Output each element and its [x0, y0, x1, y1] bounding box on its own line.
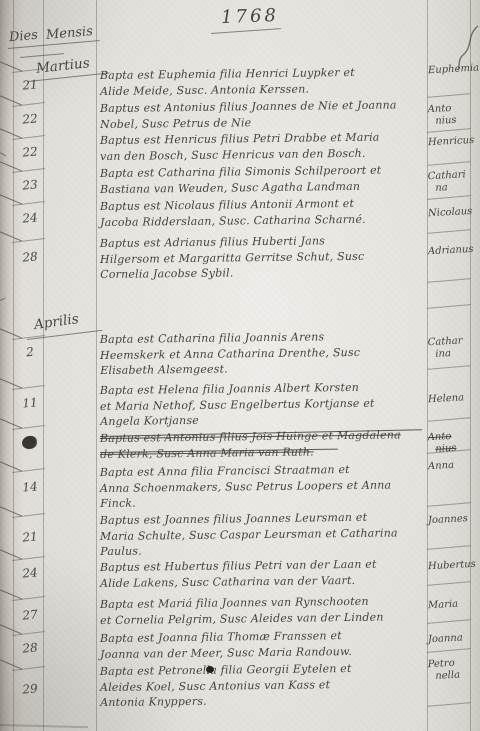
entry-day: 28 — [15, 249, 44, 265]
margin-name: Anna — [428, 459, 477, 473]
margin-name: Henricus — [428, 135, 477, 149]
margin-name-line: Maria — [428, 598, 477, 612]
entry-day: 22 — [15, 111, 44, 127]
margin-name: Cathari na — [427, 169, 476, 194]
margin-name: Petro nella — [427, 657, 476, 682]
entry-day: 27 — [15, 607, 44, 623]
tick-mark — [0, 160, 22, 171]
year-underline — [211, 28, 281, 34]
entry-text-line: Antonia Knyppers. — [100, 691, 434, 711]
entry-day: 21 — [15, 529, 44, 545]
tick-mark — [0, 588, 22, 599]
tick-mark — [0, 193, 22, 204]
register-entry: Baptus est Joannes filius Joannes Leursm… — [100, 509, 435, 560]
register-entry: Bapta est Petronella filia Georgii Eytel… — [100, 660, 435, 711]
entry-text-line: Elisabeth Alsemgeest. — [100, 359, 434, 379]
margin-name-line: Joannes — [428, 513, 477, 527]
tick-mark — [0, 460, 22, 471]
register-entry: Baptus est Antonius filius Joannes de Ni… — [100, 97, 434, 132]
margin-name: Maria — [428, 598, 477, 612]
tick-mark — [0, 658, 22, 669]
margin-separator — [427, 278, 471, 283]
margin-name: Joannes — [428, 513, 477, 527]
tick-mark — [0, 230, 22, 241]
entry-day: 24 — [15, 210, 44, 226]
tick-mark — [0, 548, 22, 559]
entry-day: 23 — [15, 177, 44, 193]
ink-blot — [206, 666, 214, 673]
margin-separator — [427, 304, 471, 309]
year-heading: 1768 — [205, 4, 296, 28]
column-rule-day-month — [43, 0, 44, 731]
register-entry: Bapta est Mariá filia Joannes van Rynsch… — [100, 593, 434, 628]
margin-name-struck: Anto nius — [427, 430, 476, 455]
register-entry: Baptus est Adrianus filius Huberti Jans … — [100, 232, 435, 283]
register-entry: Baptus est Nicolaus filius Antonii Armon… — [100, 195, 434, 230]
entry-day: 28 — [15, 640, 44, 656]
margin-name-line: Joanna — [428, 632, 477, 646]
margin-name-line: Henricus — [428, 135, 477, 149]
entry-day: 11 — [15, 395, 44, 411]
month-label-aprilis: Aprilis — [33, 311, 80, 333]
tick-mark — [0, 327, 22, 338]
margin-name-line: Adrianus — [428, 244, 477, 258]
register-entry: Bapta est Anna filia Francisci Straatman… — [100, 461, 435, 512]
margin-name: Cathar ina — [427, 335, 476, 360]
register-entry: Bapta est Catharina filia Simonis Schilp… — [100, 162, 434, 197]
day-column-header: Dies — [8, 28, 38, 45]
margin-name: Anto nius — [427, 102, 476, 127]
margin-name-line: Anna — [428, 459, 477, 473]
margin-name: Nicolaus — [428, 206, 477, 220]
tick-mark — [0, 127, 22, 138]
entry-day: 24 — [15, 565, 44, 581]
edge-mark — [0, 298, 6, 301]
entry-day: 14 — [15, 479, 44, 495]
register-entry: Bapta est Catharina filia Joannis Arens … — [100, 328, 435, 379]
register-entry: Bapta est Euphemia filia Henrici Luypker… — [100, 64, 434, 99]
entry-day: 2 — [15, 344, 44, 360]
tick-mark — [0, 623, 22, 634]
edge-mark — [0, 152, 6, 156]
tick-mark — [0, 60, 22, 71]
tick-mark — [0, 505, 22, 516]
margin-name-line: Hubertus — [428, 559, 477, 573]
entry-text-line: Cornelia Jacobse Sybil. — [100, 263, 434, 283]
register-entry: Baptus est Hubertus filius Petri van der… — [100, 556, 434, 591]
margin-name: Hubertus — [428, 559, 477, 573]
header-underline-2 — [20, 53, 64, 58]
entry-day: 21 — [15, 77, 44, 93]
column-rule-left-edge — [13, 0, 14, 731]
tick-mark — [0, 94, 22, 105]
register-entry: Bapta est Joanna filia Thomæ Franssen et… — [100, 627, 434, 662]
margin-name: Joanna — [428, 632, 477, 646]
entry-day: 22 — [15, 144, 44, 160]
blotted-day: 13 — [21, 435, 38, 450]
margin-name-line: Helena — [428, 392, 477, 406]
tick-mark — [0, 377, 22, 388]
page-edge-flourish — [456, 24, 480, 72]
column-rule-month-text — [96, 0, 97, 731]
tick-mark — [0, 417, 22, 428]
margin-name: Helena — [428, 392, 477, 406]
register-page: 1768 Dies Mensis Martius Aprilis — [0, 0, 480, 731]
margin-name: Adrianus — [428, 244, 477, 258]
entry-day: 29 — [15, 681, 44, 697]
margin-name-line: Nicolaus — [428, 206, 477, 220]
entry-day: 13 — [24, 443, 37, 454]
register-entry: Baptus est Henricus filius Petri Drabbe … — [100, 129, 434, 164]
register-entry: Bapta est Helena filia Joannis Albert Ko… — [100, 379, 435, 430]
